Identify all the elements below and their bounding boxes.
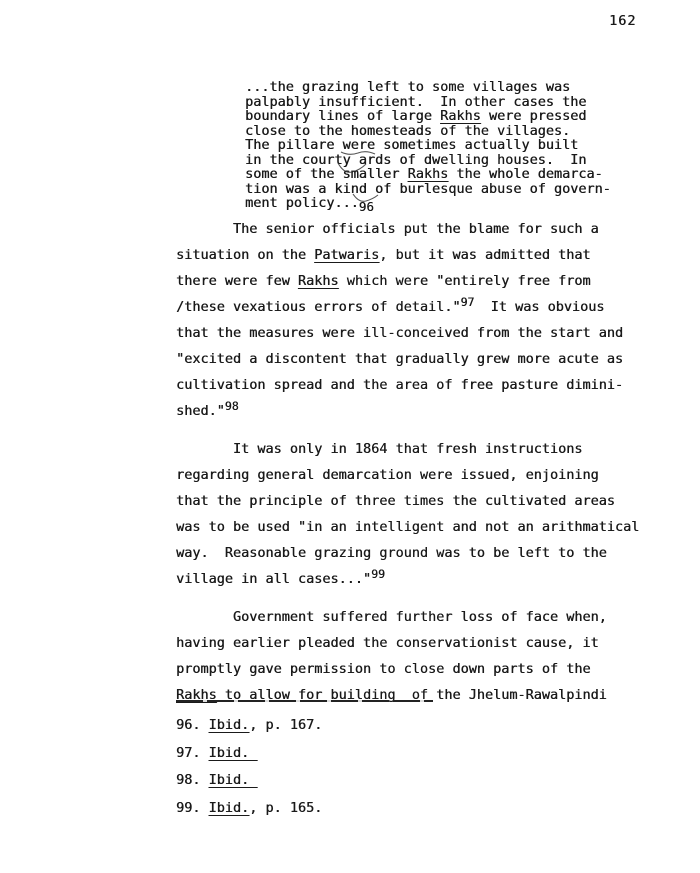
body-line: way. Reasonable grazing ground was to be… [176,540,639,566]
body-line: The senior officials put the blame for s… [176,216,639,242]
text-segment: there were few [176,273,298,289]
text-segment: promptly gave permission to close down p… [176,661,591,677]
text-segment: The senior officials put the blame for s… [176,221,599,237]
paragraph: The senior officials put the blame for s… [176,216,639,424]
footnote-marker: 98 [225,393,239,419]
text-segment: was to be used "in an intelligent and no… [176,519,639,535]
footnote-separator-rule [176,700,433,702]
quote-line: tion was a kind of burlesque abuse of go… [245,182,611,197]
text-segment: , p. 167. [249,717,322,733]
text-segment: way. Reasonable grazing ground was to be… [176,545,607,561]
footnote-number: 97. [176,745,209,761]
body-line: situation on the Patwaris, but it was ad… [176,242,639,268]
body-line: village in all cases..."99 [176,566,639,592]
footnote: 98. Ibid. [176,767,322,795]
body-line: /these vexatious errors of detail."97 It… [176,294,639,320]
text-segment: village in all cases..." [176,571,371,587]
text-segment: It was obvious [474,299,604,315]
text-segment: having earlier pleaded the conservationi… [176,635,599,651]
body-line: that the measures were ill-conceived fro… [176,320,639,346]
quote-line: close to the homesteads of the villages. [245,124,611,139]
quote-line: ...the grazing left to some villages was [245,80,611,95]
text-segment: shed." [176,403,225,419]
text-segment: Government suffered further loss of face… [176,609,607,625]
body-line: "excited a discontent that gradually gre… [176,346,639,372]
text-segment: It was only in 1864 that fresh instructi… [176,441,582,457]
document-page: 162 ...the grazing left to some villages… [0,0,700,873]
footnote-number: 99. [176,800,209,816]
quote-line: some of the smaller Rakhs the whole dema… [245,167,611,182]
quote-line: palpably insufficient. In other cases th… [245,95,611,110]
body-line: there were few Rakhs which were "entirel… [176,268,639,294]
footnote: 99. Ibid., p. 165. [176,795,322,823]
block-quote: ...the grazing left to some villages was… [245,80,611,211]
footnotes: 96. Ibid., p. 167.97. Ibid. 98. Ibid. 99… [176,712,322,822]
footnote-number: 98. [176,772,209,788]
footnote-number: 96. [176,717,209,733]
page-number: 162 [609,13,636,29]
underlined-term: Ibid. [209,772,258,788]
body-line: having earlier pleaded the conservationi… [176,630,639,656]
footnote-marker: 99 [371,561,385,587]
body-text: The senior officials put the blame for s… [176,216,639,720]
body-line: promptly gave permission to close down p… [176,656,639,682]
footnote-marker: 96 [359,200,374,215]
text-segment: "excited a discontent that gradually gre… [176,351,623,367]
footnote-marker: 97 [460,289,474,315]
body-line: that the principle of three times the cu… [176,488,639,514]
paragraph: Government suffered further loss of face… [176,604,639,708]
body-line: cultivation spread and the area of free … [176,372,639,398]
text-segment: , but it was admitted that [379,247,590,263]
underlined-term: Ibid. [209,745,258,761]
quote-line: in the courty ards of dwelling houses. I… [245,153,611,168]
text-segment: cultivation spread and the area of free … [176,377,623,393]
quote-line: boundary lines of large Rakhs were press… [245,109,611,124]
text-segment: that the measures were ill-conceived fro… [176,325,623,341]
text-segment: , p. 165. [249,800,322,816]
underlined-term: Ibid. [209,717,250,733]
quote-line: ment policy...96 [245,196,611,211]
body-line: regarding general demarcation were issue… [176,462,639,488]
text-segment: ment policy... [245,195,359,211]
underlined-term: Rakhs [298,273,339,289]
body-line: shed."98 [176,398,639,424]
paragraph: It was only in 1864 that fresh instructi… [176,436,639,592]
body-line: was to be used "in an intelligent and no… [176,514,639,540]
quote-line: The pillare were sometimes actually buil… [245,138,611,153]
body-line: Government suffered further loss of face… [176,604,639,630]
text-segment: that the principle of three times the cu… [176,493,615,509]
underlined-term: Ibid. [209,800,250,816]
underlined-term: Patwaris [314,247,379,263]
body-line: Rakhs to allow for building of the Jhelu… [176,682,639,708]
body-line: It was only in 1864 that fresh instructi… [176,436,639,462]
footnote: 96. Ibid., p. 167. [176,712,322,740]
footnote: 97. Ibid. [176,740,322,768]
text-segment: /these vexatious errors of detail." [176,299,460,315]
text-segment: regarding general demarcation were issue… [176,467,599,483]
text-segment: situation on the [176,247,314,263]
text-segment: which were "entirely free from [339,273,591,289]
